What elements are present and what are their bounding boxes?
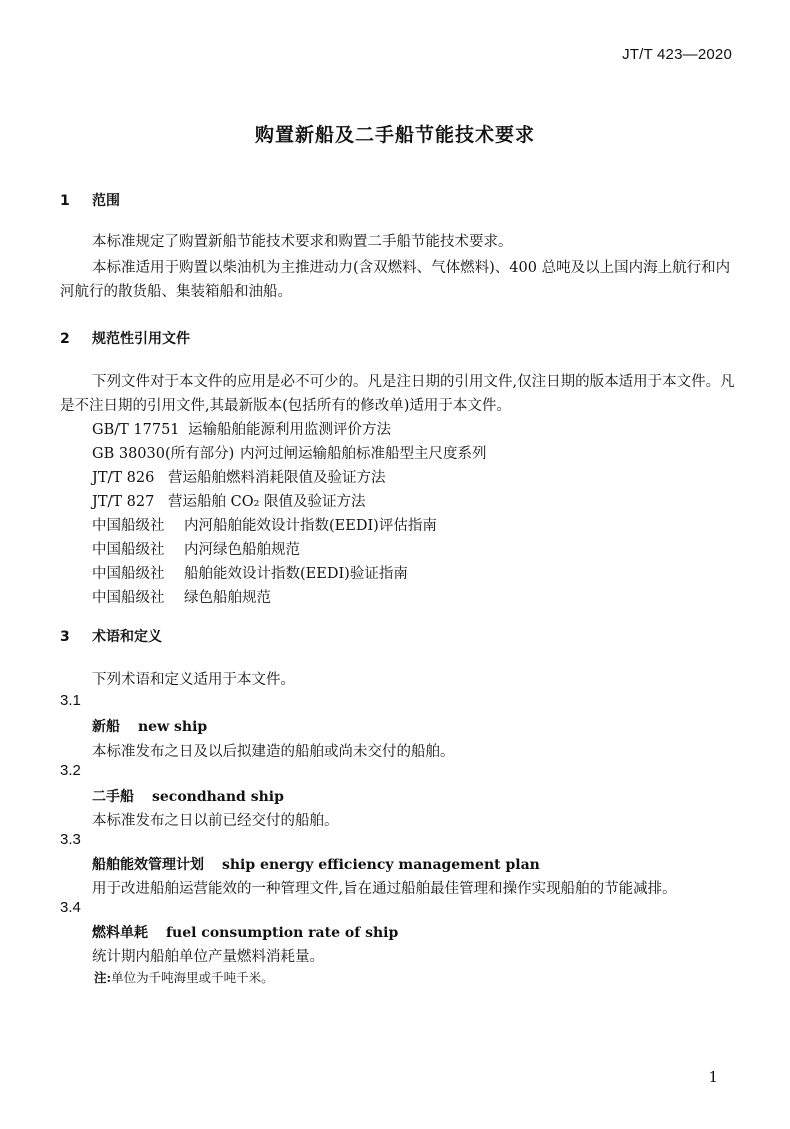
reference-code: 中国船级社 — [92, 586, 184, 607]
reference-item: JT/T 827营运船舶 CO₂ 限值及验证方法 — [92, 490, 366, 511]
term-en: ship energy efficiency management plan — [222, 857, 540, 873]
term-zh: 二手船 — [92, 789, 134, 805]
term-heading: 新船new ship — [92, 716, 207, 736]
section-number: 1 — [60, 193, 92, 209]
term-heading: 船舶能效管理计划ship energy efficiency managemen… — [92, 854, 540, 874]
reference-code: 中国船级社 — [92, 538, 184, 559]
section-title: 术语和定义 — [92, 629, 162, 645]
term-number: 3.4 — [60, 899, 81, 916]
section-title: 规范性引用文件 — [92, 331, 190, 347]
section-number: 3 — [60, 629, 92, 645]
term-heading: 燃料单耗fuel consumption rate of ship — [92, 922, 398, 942]
page-number: 1 — [708, 1068, 718, 1086]
note-label: 注: — [94, 970, 111, 985]
reference-code: GB 38030(所有部分) — [92, 442, 240, 463]
reference-item: 中国船级社内河船舶能效设计指数(EEDI)评估指南 — [92, 514, 437, 535]
reference-title: 运输船舶能源利用监测评价方法 — [188, 422, 391, 438]
term-heading: 二手船secondhand ship — [92, 786, 284, 806]
reference-title: 绿色船舶规范 — [184, 590, 271, 606]
term-definition: 本标准发布之日以前已经交付的船舶。 — [92, 809, 339, 830]
term-zh: 燃料单耗 — [92, 925, 148, 941]
reference-code: 中国船级社 — [92, 562, 184, 583]
section-title: 范围 — [92, 193, 120, 209]
term-number: 3.3 — [60, 831, 81, 848]
term-zh: 船舶能效管理计划 — [92, 857, 204, 873]
term-number: 3.1 — [60, 692, 81, 709]
term-en: fuel consumption rate of ship — [166, 925, 398, 941]
term-definition: 用于改进船舶运营能效的一种管理文件,旨在通过船舶最佳管理和操作实现船舶的节能减排… — [92, 877, 677, 898]
section-heading-normative-references: 2规范性引用文件 — [60, 328, 190, 348]
document-code: JT/T 423—2020 — [622, 46, 732, 63]
paragraph: 本标准规定了购置新船节能技术要求和购置二手船节能技术要求。 — [60, 230, 740, 254]
term-en: new ship — [138, 719, 207, 735]
reference-item: JT/T 826营运船舶燃料消耗限值及验证方法 — [92, 466, 386, 487]
term-en: secondhand ship — [152, 789, 284, 805]
paragraph: 下列术语和定义适用于本文件。 — [92, 668, 295, 689]
reference-title: 内河绿色船舶规范 — [184, 542, 300, 558]
note: 注:单位为千吨海里或千吨千米。 — [94, 968, 274, 986]
term-zh: 新船 — [92, 719, 120, 735]
paragraph: 下列文件对于本文件的应用是必不可少的。凡是注日期的引用文件,仅注日期的版本适用于… — [60, 370, 740, 418]
reference-code: JT/T 827 — [92, 494, 168, 510]
reference-title: 船舶能效设计指数(EEDI)验证指南 — [184, 566, 408, 582]
term-number: 3.2 — [60, 762, 81, 779]
reference-code: GB/T 17751 — [92, 422, 188, 438]
reference-item: GB/T 17751运输船舶能源利用监测评价方法 — [92, 418, 391, 439]
paragraph: 本标准适用于购置以柴油机为主推进动力(含双燃料、气体燃料)、400 总吨及以上国… — [60, 256, 740, 304]
reference-title: 营运船舶燃料消耗限值及验证方法 — [168, 470, 386, 486]
document-title: 购置新船及二手船节能技术要求 — [0, 120, 790, 147]
reference-item: 中国船级社绿色船舶规范 — [92, 586, 271, 607]
reference-title: 内河船舶能效设计指数(EEDI)评估指南 — [184, 518, 437, 534]
note-text: 单位为千吨海里或千吨千米。 — [111, 970, 274, 985]
term-definition: 统计期内船舶单位产量燃料消耗量。 — [92, 945, 324, 966]
term-definition: 本标准发布之日及以后拟建造的船舶或尚未交付的船舶。 — [92, 740, 455, 761]
section-heading-terms-definitions: 3术语和定义 — [60, 626, 162, 646]
reference-item: GB 38030(所有部分)内河过闸运输船舶标准船型主尺度系列 — [92, 442, 487, 463]
section-heading-scope: 1范围 — [60, 190, 120, 210]
reference-item: 中国船级社船舶能效设计指数(EEDI)验证指南 — [92, 562, 408, 583]
reference-title: 营运船舶 CO₂ 限值及验证方法 — [168, 494, 366, 510]
reference-code: JT/T 826 — [92, 470, 168, 486]
reference-item: 中国船级社内河绿色船舶规范 — [92, 538, 300, 559]
reference-title: 内河过闸运输船舶标准船型主尺度系列 — [240, 446, 487, 462]
section-number: 2 — [60, 331, 92, 347]
reference-code: 中国船级社 — [92, 514, 184, 535]
